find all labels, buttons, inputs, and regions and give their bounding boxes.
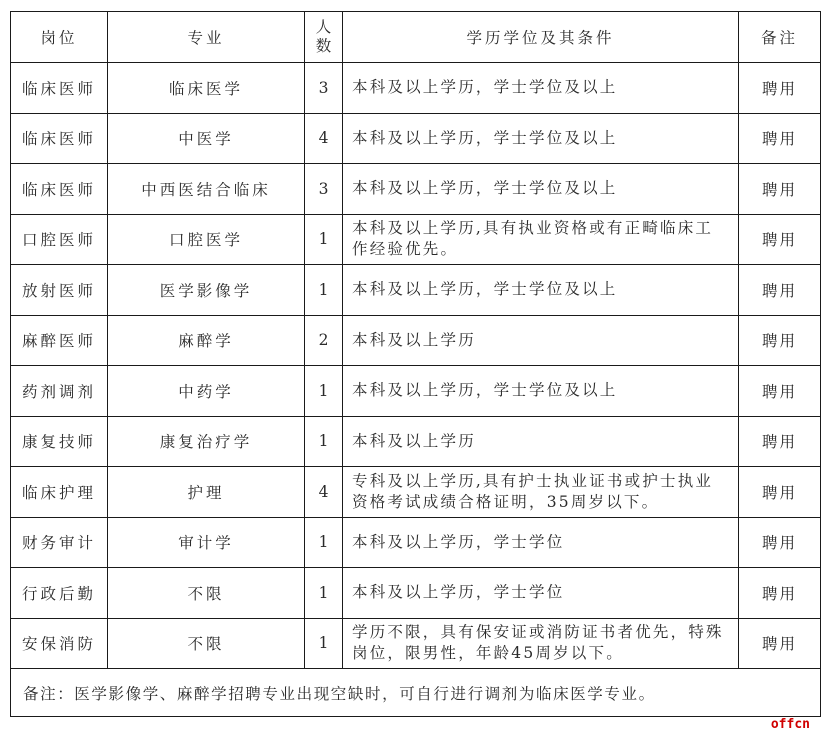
- cell-major: 护理: [108, 467, 305, 518]
- cell-requirements: 本科及以上学历，学士学位及以上: [343, 265, 739, 316]
- header-count-line2: 数: [305, 37, 342, 56]
- cell-requirements: 本科及以上学历，学士学位: [343, 517, 739, 568]
- recruitment-table: 岗位 专业 人 数 学历学位及其条件 备注 临床医师 临床医学 3 本科及以上学…: [10, 11, 821, 717]
- cell-requirements: 本科及以上学历: [343, 315, 739, 366]
- cell-requirements: 本科及以上学历，学士学位: [343, 568, 739, 619]
- cell-count: 1: [305, 416, 343, 467]
- cell-requirements: 本科及以上学历，学士学位及以上: [343, 164, 739, 215]
- footer-row: 备注：医学影像学、麻醉学招聘专业出现空缺时，可自行进行调剂为临床医学专业。: [11, 669, 821, 717]
- cell-post: 口腔医师: [11, 214, 108, 265]
- table-row: 财务审计 审计学 1 本科及以上学历，学士学位 聘用: [11, 517, 821, 568]
- table-row: 临床护理 护理 4 专科及以上学历,具有护士执业证书或护士执业资格考试成绩合格证…: [11, 467, 821, 518]
- cell-count: 1: [305, 568, 343, 619]
- cell-post: 康复技师: [11, 416, 108, 467]
- table-row: 康复技师 康复治疗学 1 本科及以上学历 聘用: [11, 416, 821, 467]
- cell-post: 放射医师: [11, 265, 108, 316]
- cell-major: 中西医结合临床: [108, 164, 305, 215]
- header-note: 备注: [739, 12, 821, 63]
- cell-note: 聘用: [739, 164, 821, 215]
- header-row: 岗位 专业 人 数 学历学位及其条件 备注: [11, 12, 821, 63]
- table-row: 临床医师 中西医结合临床 3 本科及以上学历，学士学位及以上 聘用: [11, 164, 821, 215]
- cell-count: 3: [305, 164, 343, 215]
- cell-count: 1: [305, 265, 343, 316]
- cell-count: 1: [305, 517, 343, 568]
- cell-post: 临床医师: [11, 113, 108, 164]
- table-body: 临床医师 临床医学 3 本科及以上学历，学士学位及以上 聘用 临床医师 中医学 …: [11, 63, 821, 669]
- cell-requirements: 本科及以上学历: [343, 416, 739, 467]
- cell-note: 聘用: [739, 265, 821, 316]
- cell-major: 医学影像学: [108, 265, 305, 316]
- header-count: 人 数: [305, 12, 343, 63]
- cell-major: 不限: [108, 618, 305, 669]
- cell-count: 1: [305, 214, 343, 265]
- cell-major: 康复治疗学: [108, 416, 305, 467]
- offcn-watermark: offcn: [771, 717, 810, 732]
- cell-post: 临床医师: [11, 63, 108, 114]
- table-row: 药剂调剂 中药学 1 本科及以上学历，学士学位及以上 聘用: [11, 366, 821, 417]
- cell-major: 临床医学: [108, 63, 305, 114]
- footer-note: 备注：医学影像学、麻醉学招聘专业出现空缺时，可自行进行调剂为临床医学专业。: [11, 669, 821, 717]
- cell-count: 3: [305, 63, 343, 114]
- cell-major: 中药学: [108, 366, 305, 417]
- cell-requirements: 本科及以上学历，学士学位及以上: [343, 366, 739, 417]
- cell-note: 聘用: [739, 618, 821, 669]
- cell-count: 4: [305, 113, 343, 164]
- cell-note: 聘用: [739, 568, 821, 619]
- cell-post: 药剂调剂: [11, 366, 108, 417]
- cell-note: 聘用: [739, 315, 821, 366]
- header-count-line1: 人: [305, 18, 342, 37]
- cell-note: 聘用: [739, 366, 821, 417]
- cell-major: 麻醉学: [108, 315, 305, 366]
- cell-note: 聘用: [739, 63, 821, 114]
- header-post: 岗位: [11, 12, 108, 63]
- cell-note: 聘用: [739, 214, 821, 265]
- cell-count: 2: [305, 315, 343, 366]
- table-row: 麻醉医师 麻醉学 2 本科及以上学历 聘用: [11, 315, 821, 366]
- table-row: 口腔医师 口腔医学 1 本科及以上学历,具有执业资格或有正畸临床工作经验优先。 …: [11, 214, 821, 265]
- cell-requirements: 学历不限，具有保安证或消防证书者优先，特殊岗位，限男性，年龄45周岁以下。: [343, 618, 739, 669]
- cell-requirements: 本科及以上学历，学士学位及以上: [343, 113, 739, 164]
- cell-requirements: 专科及以上学历,具有护士执业证书或护士执业资格考试成绩合格证明，35周岁以下。: [343, 467, 739, 518]
- table-row: 临床医师 中医学 4 本科及以上学历，学士学位及以上 聘用: [11, 113, 821, 164]
- cell-requirements: 本科及以上学历，学士学位及以上: [343, 63, 739, 114]
- cell-post: 麻醉医师: [11, 315, 108, 366]
- cell-post: 临床医师: [11, 164, 108, 215]
- table-row: 行政后勤 不限 1 本科及以上学历，学士学位 聘用: [11, 568, 821, 619]
- cell-post: 行政后勤: [11, 568, 108, 619]
- cell-post: 财务审计: [11, 517, 108, 568]
- cell-post: 临床护理: [11, 467, 108, 518]
- table-row: 安保消防 不限 1 学历不限，具有保安证或消防证书者优先，特殊岗位，限男性，年龄…: [11, 618, 821, 669]
- header-requirements: 学历学位及其条件: [343, 12, 739, 63]
- cell-major: 不限: [108, 568, 305, 619]
- cell-note: 聘用: [739, 517, 821, 568]
- cell-note: 聘用: [739, 113, 821, 164]
- header-major: 专业: [108, 12, 305, 63]
- cell-major: 审计学: [108, 517, 305, 568]
- cell-count: 1: [305, 366, 343, 417]
- table-row: 放射医师 医学影像学 1 本科及以上学历，学士学位及以上 聘用: [11, 265, 821, 316]
- cell-note: 聘用: [739, 416, 821, 467]
- cell-count: 4: [305, 467, 343, 518]
- cell-note: 聘用: [739, 467, 821, 518]
- cell-requirements: 本科及以上学历,具有执业资格或有正畸临床工作经验优先。: [343, 214, 739, 265]
- cell-post: 安保消防: [11, 618, 108, 669]
- cell-major: 口腔医学: [108, 214, 305, 265]
- cell-count: 1: [305, 618, 343, 669]
- table-row: 临床医师 临床医学 3 本科及以上学历，学士学位及以上 聘用: [11, 63, 821, 114]
- cell-major: 中医学: [108, 113, 305, 164]
